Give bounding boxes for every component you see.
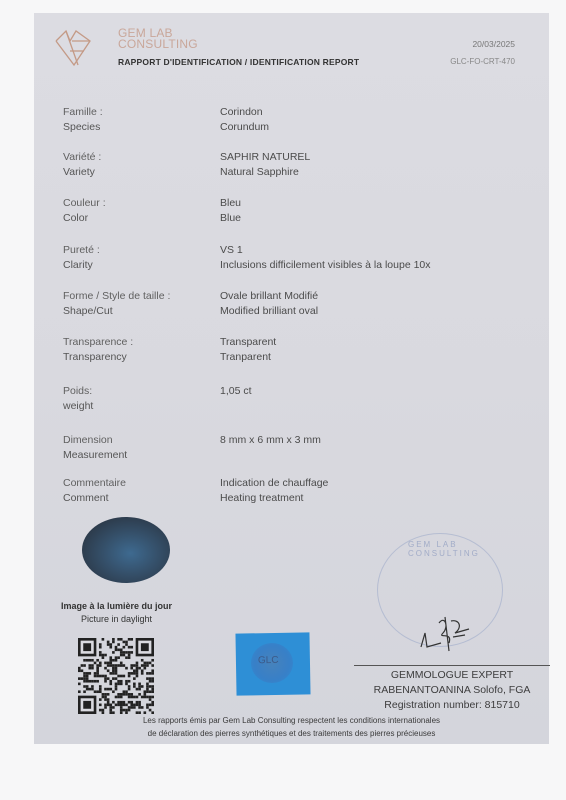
field-label-en: weight [63, 399, 213, 414]
stamp-text: GEM LAB CONSULTING [408, 540, 502, 558]
field-value-fr: 1,05 ct [220, 384, 520, 399]
certificate-paper: GEM LAB CONSULTING RAPPORT D'IDENTIFICAT… [34, 13, 549, 744]
field-value: CorindonCorundum [220, 105, 520, 134]
expert-title: GEMMOLOGUE EXPERT [354, 668, 550, 682]
photo-caption-en: Picture in daylight [34, 614, 199, 624]
field-value: TransparentTranparent [220, 335, 520, 364]
field-label-en: Color [63, 211, 213, 226]
field-value-fr: SAPHIR NATUREL [220, 150, 520, 165]
gemstone-photo [82, 517, 170, 583]
field-label: Variété :Variety [63, 150, 213, 179]
hologram-sticker: GLC [235, 632, 310, 695]
footer-disclaimer: Les rapports émis par Gem Lab Consulting… [34, 714, 549, 740]
qr-code[interactable] [77, 638, 155, 714]
field-label-fr: Famille : [63, 105, 213, 120]
field-value: BleuBlue [220, 196, 520, 225]
report-date: 20/03/2025 [472, 39, 515, 49]
field-label: Couleur :Color [63, 196, 213, 225]
field-value-en: Natural Sapphire [220, 165, 520, 180]
field-label-fr: Forme / Style de taille : [63, 289, 213, 304]
field-value-en: Inclusions difficilement visibles à la l… [220, 258, 520, 273]
field-value: Ovale brillant ModifiéModified brilliant… [220, 289, 520, 318]
field-label-en: Species [63, 120, 213, 135]
field-value-fr: Transparent [220, 335, 520, 350]
field-label-fr: Couleur : [63, 196, 213, 211]
hologram-text: GLC [258, 655, 279, 666]
field-value-fr: Corindon [220, 105, 520, 120]
brand-line-2: CONSULTING [118, 39, 198, 50]
report-reference: GLC-FO-CRT-470 [450, 57, 515, 66]
field-value: Indication de chauffageHeating treatment [220, 476, 520, 505]
field-value: SAPHIR NATURELNatural Sapphire [220, 150, 520, 179]
field-value-en: Blue [220, 211, 520, 226]
field-label-fr: Dimension [63, 433, 213, 448]
field-label-fr: Variété : [63, 150, 213, 165]
field-label-en: Comment [63, 491, 213, 506]
brand-name: GEM LAB CONSULTING [118, 28, 198, 50]
gem-lab-logo-icon [54, 27, 94, 67]
field-label-en: Variety [63, 165, 213, 180]
field-value-fr: Bleu [220, 196, 520, 211]
photo-caption-fr: Image à la lumière du jour [34, 601, 199, 611]
field-label: DimensionMeasurement [63, 433, 213, 462]
expert-name: RABENANTOANINA Solofo, FGA [354, 683, 550, 697]
field-label-fr: Pureté : [63, 243, 213, 258]
field-value: 1,05 ct [220, 384, 520, 399]
field-value-fr: 8 mm x 6 mm x 3 mm [220, 433, 520, 448]
field-value-fr: Indication de chauffage [220, 476, 520, 491]
report-title: RAPPORT D'IDENTIFICATION / IDENTIFICATIO… [118, 57, 359, 67]
footer-line-2: de déclaration des pierres synthétiques … [34, 727, 549, 740]
field-value-fr: VS 1 [220, 243, 520, 258]
field-label: Poids:weight [63, 384, 213, 413]
field-label-en: Clarity [63, 258, 213, 273]
field-label-fr: Commentaire [63, 476, 213, 491]
signature-icon [419, 613, 484, 653]
field-value: VS 1Inclusions difficilement visibles à … [220, 243, 520, 272]
field-label-en: Shape/Cut [63, 304, 213, 319]
field-label-fr: Poids: [63, 384, 213, 399]
field-label: CommentaireComment [63, 476, 213, 505]
field-value-en: Corundum [220, 120, 520, 135]
footer-line-1: Les rapports émis par Gem Lab Consulting… [34, 714, 549, 727]
field-label-en: Transparency [63, 350, 213, 365]
field-value: 8 mm x 6 mm x 3 mm [220, 433, 520, 448]
field-label: Famille :Species [63, 105, 213, 134]
field-label-fr: Transparence : [63, 335, 213, 350]
field-label: Pureté :Clarity [63, 243, 213, 272]
field-label-en: Measurement [63, 448, 213, 463]
field-value-en: Heating treatment [220, 491, 520, 506]
signature-line [354, 665, 550, 666]
field-value-en: Modified brilliant oval [220, 304, 520, 319]
field-label: Transparence :Transparency [63, 335, 213, 364]
expert-registration: Registration number: 815710 [354, 698, 550, 712]
field-value-en: Tranparent [220, 350, 520, 365]
field-label: Forme / Style de taille :Shape/Cut [63, 289, 213, 318]
field-value-fr: Ovale brillant Modifié [220, 289, 520, 304]
